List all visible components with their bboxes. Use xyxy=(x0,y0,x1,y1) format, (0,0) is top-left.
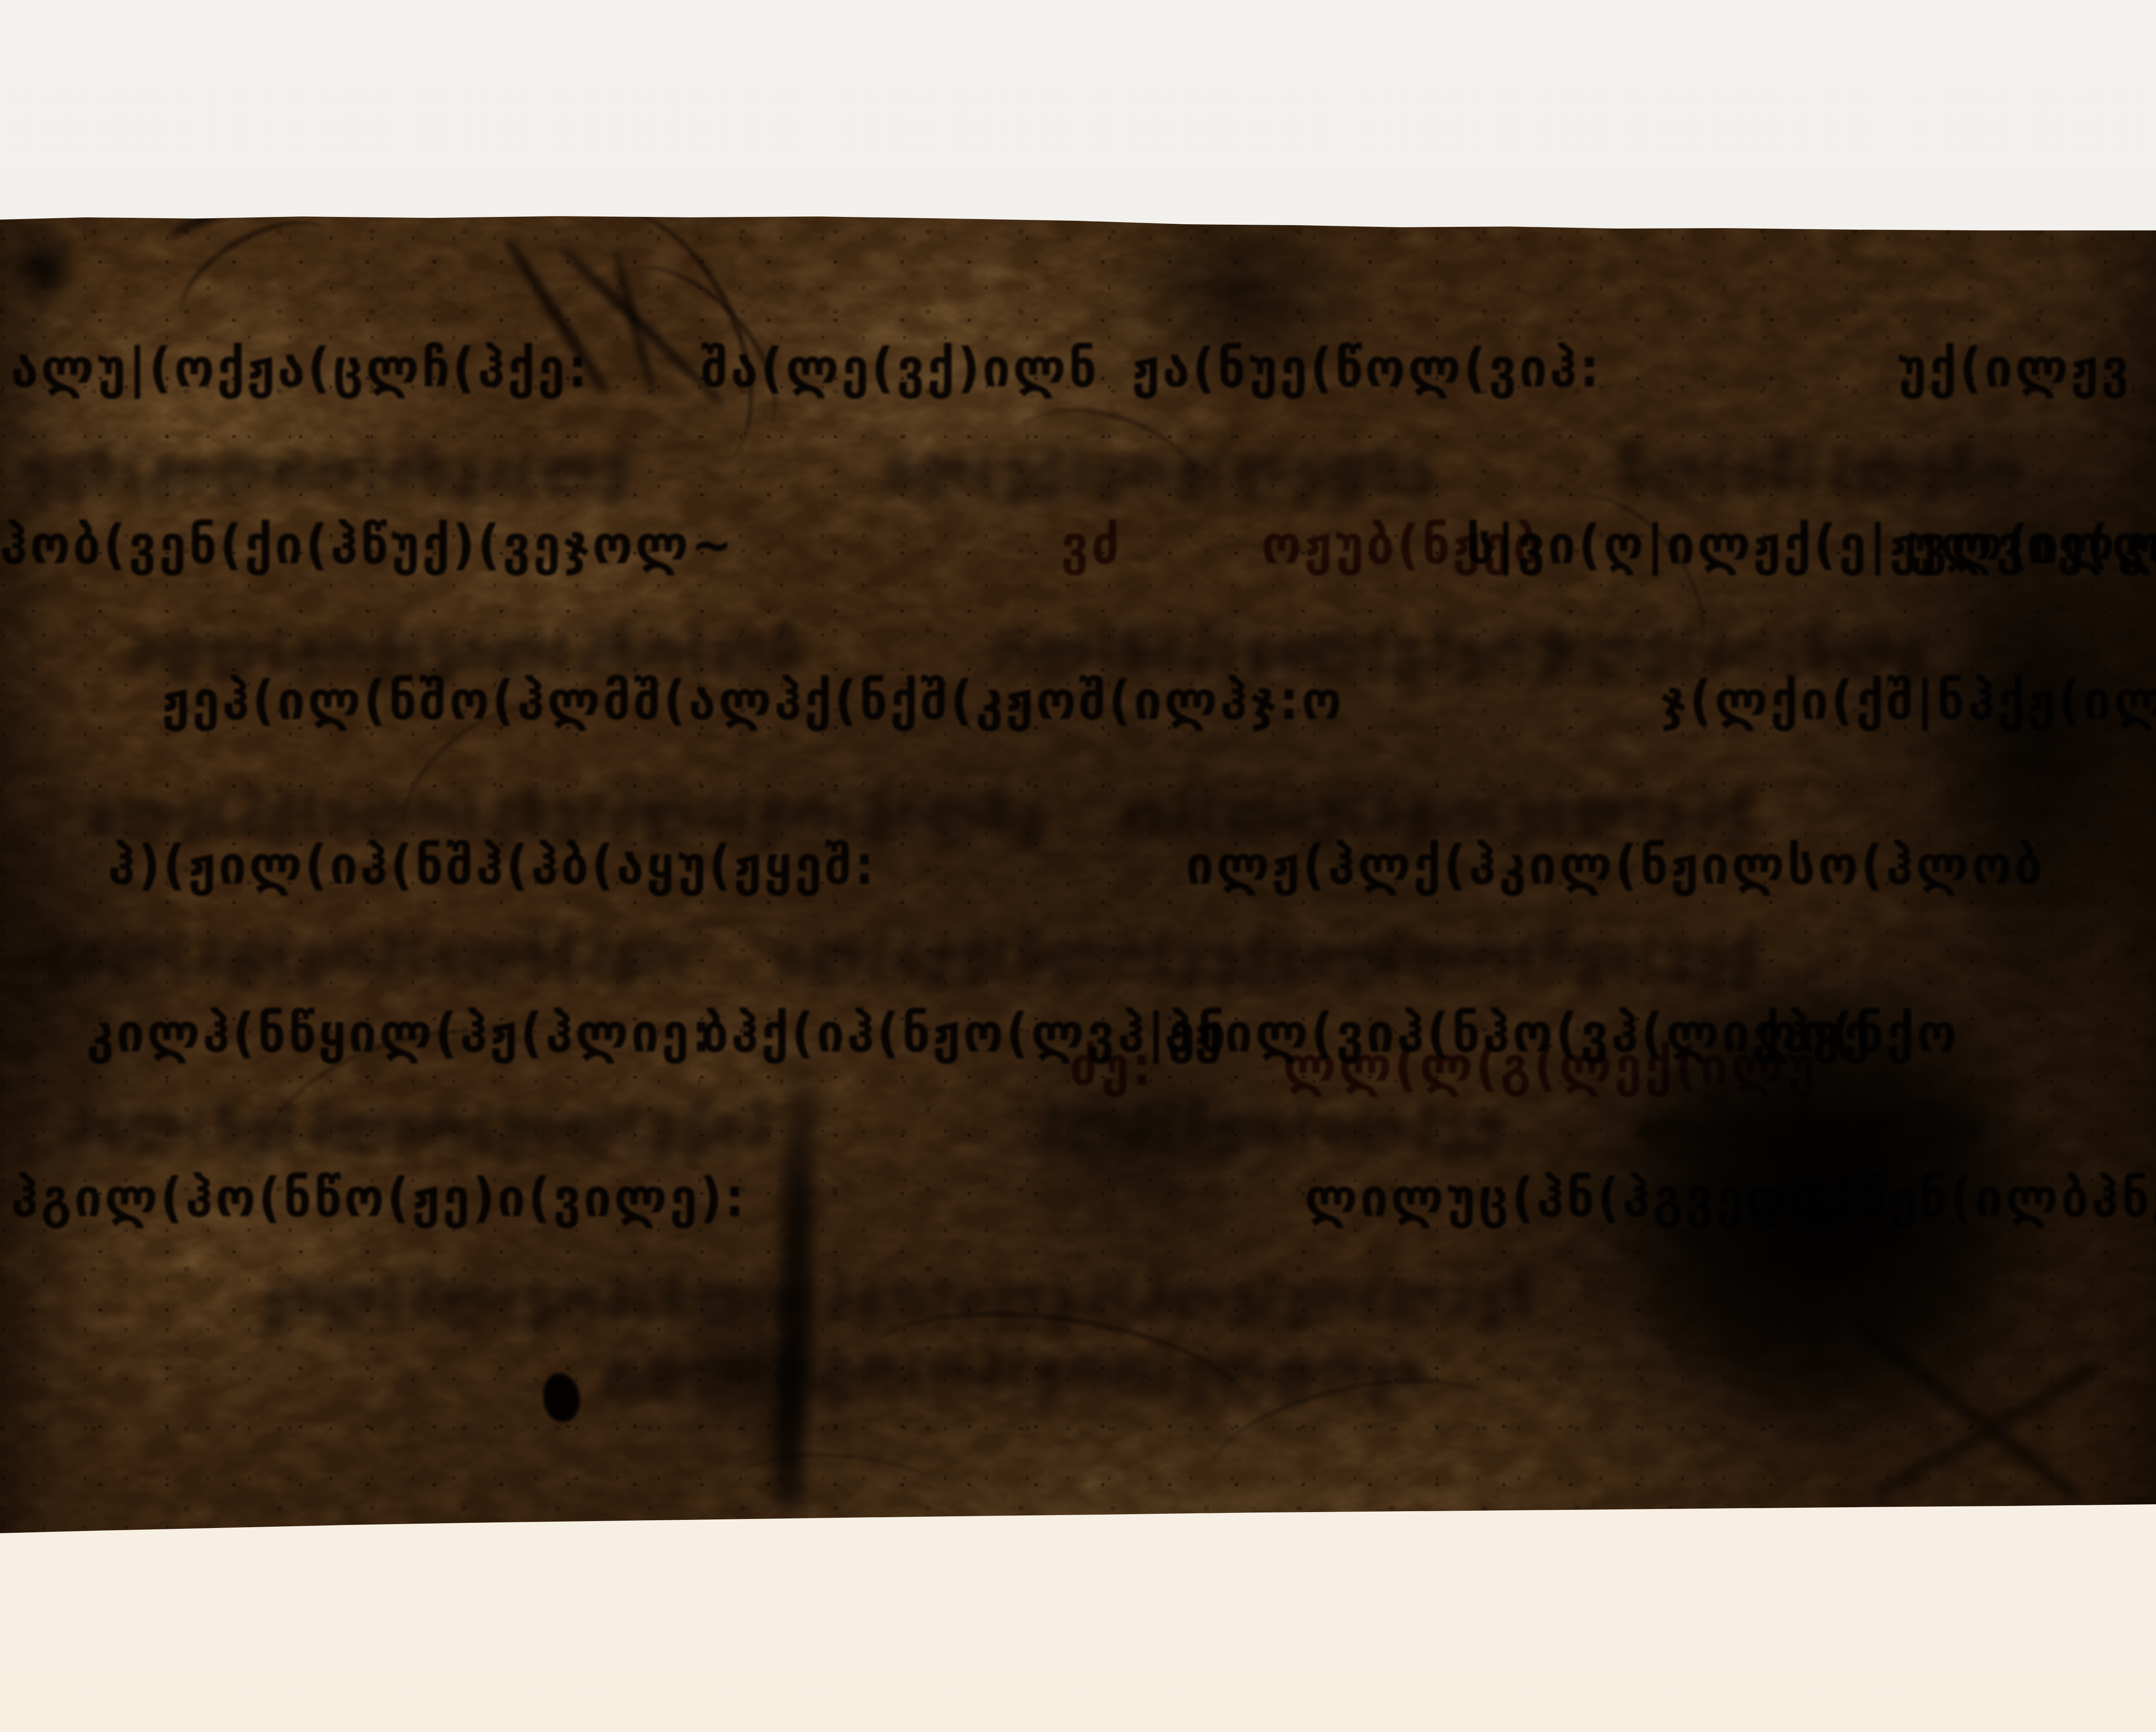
script-segment: ჯ(ლქი(ქშ|ნჰქჟ(ილჰ(ვპო xyxy=(1660,670,2156,732)
script-segment: ჰობ(ვენ(ქი(ჰწუქ)(ვეჯოლ~ xyxy=(0,514,735,576)
script-segment: ლილუც(ჰნ(ჰგვედო(ნჟნ(ილბჰნე xyxy=(1304,1167,2156,1229)
script-line-verso: ცენ(ჟილთო(იხვა(ლქ ილ(უქ)ცოჟ(ლუფსე ნლ(იშ(… xyxy=(0,440,2156,499)
script-line: ალუ|(ოქჟა(ცლჩ(ჰქე: შა(ლე(ვქ)ილნ ჟა(ნუე(წ… xyxy=(0,339,2156,398)
script-segment: ჟეჰ(ილ(ნშო(ჰლმშ(ალჰქ(ნქშ(კჟოშ(ილჰჯ:ო xyxy=(162,670,1344,732)
script-segment: ლჰჟ(ნილქო xyxy=(1638,1094,1988,1159)
script-segment: ილ(უქ)ცოჟ(ლუფსე xyxy=(883,437,1436,503)
script-line-verso: ალჟ(ჰქ(ილო(ვნე(ჰლი(ჟო(ქილნვ ოჰ(ლიქ(ნჟო(ვ… xyxy=(0,783,2156,842)
script-segment: ჰლო(ნჟი(ვექ xyxy=(1379,922,1761,988)
script-segment: ჰ)(ჟილ(იჰ(ნშჰ(ჰბ(აყუ(ჟყეშ: xyxy=(108,834,877,897)
script-line-verso: ჟილ(ჰდ(ვოჰ(ილნ(ჰჟო ილ(ჰვქ(ნლო(ჟექვილ ჰლო… xyxy=(0,925,2156,984)
lightbox-backdrop: ალუ|(ოქჟა(ცლჩ(ჰქე: შა(ლე(ვქ)ილნ ჟა(ნუე(წ… xyxy=(0,0,2156,1732)
script-segment: ულვიე(ლყ: xyxy=(1908,514,2156,576)
script-segment: შა(ლე(ვქ)ილნ xyxy=(701,337,1099,400)
script-segment: ალუ|(ოქჟა(ცლჩ(ჰქე: xyxy=(11,337,590,400)
script-line-verso: ჰილ(ნჟ(ჰლიო(ჟილ(ვქიჰ ჰლჰ(ნჟო(ილჰვე ლჰჟ(ნ… xyxy=(0,1096,2156,1155)
script-segment: ცენ(ჟილთო(იხვა(ლქ xyxy=(21,437,633,503)
script-line: ჟეჰ(ილ(ნშო(ჰლმშ(ალჰქ(ნქშ(კჟოშ(ილჰჯ:ო ჯ(ლ… xyxy=(0,672,2156,731)
script-segment: ჰჟო(ლჰვნ xyxy=(1250,1265,1541,1331)
script-segment: ილჟ(ჰლქ(ჰკილ(ნჟილსო(ჰლობ xyxy=(1186,834,2045,897)
script-segment: ჰილ(ნჟ(ჰლიო(ჟილ(ვქიჰ xyxy=(64,1094,775,1159)
script-text-block: ალუ|(ოქჟა(ცლჩ(ჰქე: შა(ლე(ვქ)ილნ ჟა(ნუე(წ… xyxy=(0,0,2156,1732)
script-segment: ჰგილ(ჰო(ნწო(ჟე)ი(ვილე): xyxy=(11,1167,747,1229)
manuscript-leaf: ალუ|(ოქჟა(ცლჩ(ჰქე: შა(ლე(ვქ)ილნ ჟა(ნუე(წ… xyxy=(0,0,2156,1732)
script-line-verso: ტდლ(ოტო(ოჰ(ჟოო(ვლდოვი xyxy=(0,1340,2156,1399)
script-segment: უქ(ილჟვ xyxy=(1897,337,2131,400)
script-segment: ჟილ(ჰლ(ვოჰ(ნლო(ჰჟო(ილვჰ(ჰლე xyxy=(258,1265,1261,1331)
script-line-verso: ჟილ(ჰლ(ვოჰ(ნლო(ჰჟო(ილვჰ(ჰლე ჰჟო(ლჰვნ xyxy=(0,1268,2156,1327)
script-segment-red: ვძ xyxy=(1061,514,1122,576)
script-segment: ჟა(ნუე(წოლ(ვიჰ: xyxy=(1132,337,1602,400)
script-segment: ჰლჰ(ნჟო(ილჰვე xyxy=(1034,1094,1506,1159)
script-segment: ნლ(იშ(ჰლუწო xyxy=(1616,437,2026,503)
script-segment-red: ლლ(ლ(გ(ლექ(ილუ xyxy=(1283,1035,1818,1098)
script-line: ჰგილ(ჰო(ნწო(ჟე)ი(ვილე): ლილუც(ჰნ(ჰგვედო(… xyxy=(0,1169,2156,1228)
script-line: ჰობ(ვენ(ქი(ჰწუქ)(ვეჯოლ~ ვძ ოჟუბ(ნჟებ ს|ვ… xyxy=(0,516,2156,575)
script-segment: ტდლ(ოტო(ოჰ(ჟოო(ვლდოვი xyxy=(603,1338,1429,1404)
script-segment-red: ძუ: xyxy=(1069,1035,1154,1098)
script-segment: ჟილ(ჰდ(ვოჰ(ილნ(ჰჟო xyxy=(42,922,691,988)
script-segment: ილ(ჰვქ(ნლო(ჟექვილ xyxy=(775,922,1397,988)
script-line-rubric: ძუ: ლლ(ლ(გ(ლექ(ილუ xyxy=(0,1038,2156,1097)
script-line: ჰ)(ჟილ(იჰ(ნშჰ(ჰბ(აყუ(ჟყეშ: ილჟ(ჰლქ(ჰკილ(… xyxy=(0,837,2156,896)
